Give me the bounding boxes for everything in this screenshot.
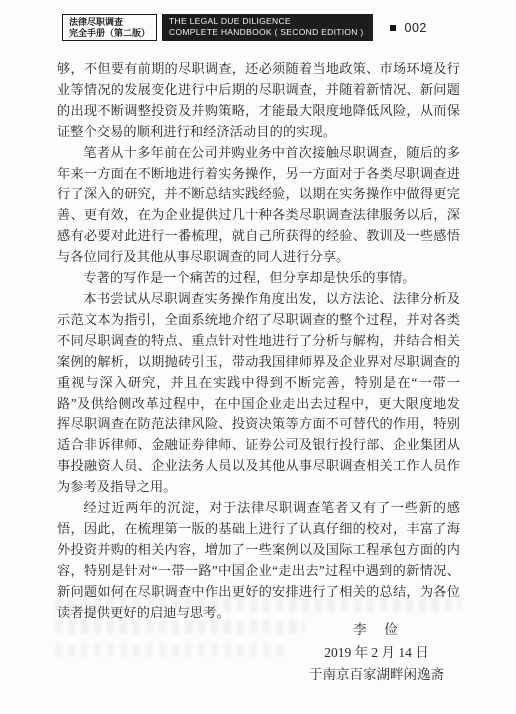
book-page: 法律尽职调查 完全手册（第二版） THE LEGAL DUE DILIGENCE…	[0, 0, 516, 714]
paragraph-1: 够，不但要有前期的尽职调查，还必须随着当地政策、市场环境及行业等情况的发展变化进…	[57, 59, 460, 143]
signature-date: 2019 年 2 月 14 日	[309, 642, 444, 665]
signature-block: 李 俭 2019 年 2 月 14 日 于南京百家湖畔闲逸斋	[309, 619, 444, 687]
signature-place: 于南京百家湖畔闲逸斋	[309, 664, 444, 687]
book-title-line2: 完全手册（第二版）	[69, 28, 150, 39]
page-number-group: 002	[390, 14, 427, 41]
english-title-banner: THE LEGAL DUE DILIGENCE COMPLETE HANDBOO…	[162, 14, 373, 41]
english-title-line1: THE LEGAL DUE DILIGENCE	[169, 16, 364, 27]
running-header: 法律尽职调查 完全手册（第二版） THE LEGAL DUE DILIGENCE…	[62, 14, 486, 41]
paragraph-5: 经过近两年的沉淀，对于法律尽职调查笔者又有了一些新的感悟，因此，在梳理第一版的基…	[57, 498, 460, 623]
square-bullet-icon	[390, 25, 396, 31]
book-title-line1: 法律尽职调查	[69, 17, 150, 28]
page-number: 002	[405, 21, 427, 35]
body-text: 够，不但要有前期的尽职调查，还必须随着当地政策、市场环境及行业等情况的发展变化进…	[57, 59, 460, 623]
paragraph-3: 专著的写作是一个痛苦的过程，但分享却是快乐的事情。	[57, 268, 460, 289]
paragraph-2: 笔者从十多年前在公司并购业务中首次接触尽职调查，随后的多年来一方面在不断地进行着…	[57, 143, 460, 268]
paragraph-4: 本书尝试从尽职调查实务操作角度出发，以方法论、法律分析及示范文本为指引，全面系统…	[57, 289, 460, 498]
author-name: 李 俭	[309, 619, 444, 642]
english-title-line2: COMPLETE HANDBOOK ( SECOND EDITION )	[169, 27, 364, 38]
book-title-box: 法律尽职调查 完全手册（第二版）	[62, 14, 157, 41]
scan-bleed-through	[55, 643, 285, 657]
